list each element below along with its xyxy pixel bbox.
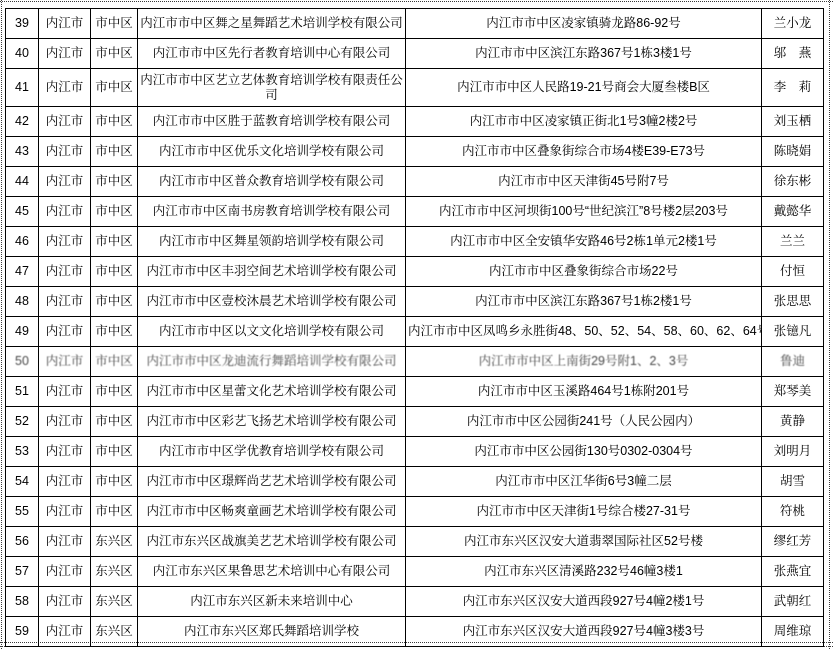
cell-district: 市中区 [91,197,138,227]
cell-city: 内江市 [39,287,91,317]
cell-text: 内江市市中区学优教育培训学校有限公司 [159,444,384,458]
cell-text: 市中区 [95,414,133,428]
cell-city: 内江市 [39,407,91,437]
cell-district: 东兴区 [91,527,138,557]
cell-contact-name: 张镱凡 [762,317,824,347]
cell-row-number: 47 [6,257,39,287]
table-row: 54内江市市中区内江市市中区璟辉尚艺艺术培训学校有限公司内江市市中区江华街6号3… [6,467,824,497]
table-row: 57内江市东兴区内江市东兴区果鲁思艺术培训中心有限公司内江市东兴区清溪路232号… [6,557,824,587]
cell-text: 市中区 [95,174,133,188]
cell-row-number: 57 [6,557,39,587]
cell-district: 市中区 [91,437,138,467]
cell-contact-name: 张燕宜 [762,557,824,587]
cell-text: 44 [15,174,29,188]
cell-address: 内江市市中区全安镇华安路46号2栋1单元2楼1号 [406,227,762,257]
cell-city: 内江市 [39,227,91,257]
cell-text: 54 [15,474,29,488]
cell-contact-name: 兰小龙 [762,9,824,39]
cell-text: 39 [15,16,29,30]
cell-text: 兰兰 [780,234,805,248]
cell-text: 市中区 [95,294,133,308]
table-row: 40内江市市中区内江市市中区先行者教育培训中心有限公司内江市市中区滨江东路367… [6,39,824,69]
cell-school-name: 内江市市中区胜于蓝教育培训学校有限公司 [138,107,406,137]
cell-text: 内江市市中区叠象街综合市场22号 [489,264,678,278]
cell-text: 51 [15,384,29,398]
cell-contact-name: 黄静 [762,407,824,437]
cell-district: 市中区 [91,9,138,39]
cell-text: 内江市市中区全安镇华安路46号2栋1单元2楼1号 [450,234,717,248]
cell-city: 内江市 [39,257,91,287]
cell-text: 内江市 [46,234,84,248]
cell-address: 内江市市中区凤鸣乡永胜街48、50、52、54、58、60、62、64号 [406,317,762,347]
cell-text: 内江市市中区滨江东路367号1栋3楼1号 [475,46,692,60]
cell-address: 内江市市中区滨江东路367号1栋2楼1号 [406,287,762,317]
cell-district: 市中区 [91,137,138,167]
cell-text: 内江市市中区滨江东路367号1栋2楼1号 [475,294,692,308]
cell-text: 市中区 [95,384,133,398]
table-row: 39内江市市中区内江市市中区舞之星舞蹈艺术培训学校有限公司内江市市中区凌家镇骑龙… [6,9,824,39]
cell-city: 内江市 [39,617,91,647]
cell-text: 内江市 [46,174,84,188]
cell-text: 内江市 [46,534,84,548]
cell-text: 内江市市中区人民路19-21号商会大厦叁楼B区 [457,80,710,94]
cell-text: 徐东彬 [774,174,812,188]
cell-contact-name: 兰兰 [762,227,824,257]
cell-address: 内江市市中区河坝街100号“世纪滨江”8号楼2层203号 [406,197,762,227]
cell-city: 内江市 [39,527,91,557]
cell-contact-name: 符桃 [762,497,824,527]
cell-district: 市中区 [91,467,138,497]
cell-text: 内江市 [46,624,84,638]
cell-text: 内江市东兴区清溪路232号46幢3楼1 [484,564,683,578]
cell-row-number: 40 [6,39,39,69]
cell-row-number: 59 [6,617,39,647]
cell-row-number: 51 [6,377,39,407]
cell-text: 内江市东兴区汉安大道西段927号4幢2楼1号 [463,594,705,608]
cell-contact-name: 刘明月 [762,437,824,467]
cell-text: 市中区 [95,80,133,94]
cell-contact-name: 郑琴美 [762,377,824,407]
cell-text: 内江市东兴区果鲁思艺术培训中心有限公司 [153,564,391,578]
cell-text: 内江市市中区璟辉尚艺艺术培训学校有限公司 [146,474,396,488]
table-row: 49内江市市中区内江市市中区以文文化培训学校有限公司内江市市中区凤鸣乡永胜街48… [6,317,824,347]
cell-text: 市中区 [95,234,133,248]
cell-text: 符桃 [780,504,805,518]
cell-row-number: 48 [6,287,39,317]
cell-city: 内江市 [39,377,91,407]
cell-address: 内江市市中区人民路19-21号商会大厦叁楼B区 [406,69,762,107]
cell-address: 内江市东兴区清溪路232号46幢3楼1 [406,557,762,587]
page-break-line-top [0,1,833,2]
cell-city: 内江市 [39,107,91,137]
cell-district: 市中区 [91,497,138,527]
cell-row-number: 53 [6,437,39,467]
cell-text: 内江市市中区艺立艺体教育培训学校有限责任公司 [140,73,403,101]
cell-text: 42 [15,114,29,128]
cell-row-number: 58 [6,587,39,617]
cell-district: 东兴区 [91,617,138,647]
cell-address: 内江市市中区公园街130号0302-0304号 [406,437,762,467]
table-row: 45内江市市中区内江市市中区南书房教育培训学校有限公司内江市市中区河坝街100号… [6,197,824,227]
cell-contact-name: 缪红芳 [762,527,824,557]
cell-contact-name: 张思思 [762,287,824,317]
cell-school-name: 内江市市中区璟辉尚艺艺术培训学校有限公司 [138,467,406,497]
cell-school-name: 内江市东兴区郑氏舞蹈培训学校 [138,617,406,647]
table-row: 41内江市市中区内江市市中区艺立艺体教育培训学校有限责任公司内江市市中区人民路1… [6,69,824,107]
cell-text: 缪红芳 [774,534,812,548]
cell-text: 东兴区 [95,534,133,548]
cell-text: 内江市市中区胜于蓝教育培训学校有限公司 [153,114,391,128]
cell-text: 邬 燕 [774,46,812,60]
cell-text: 陈晓娟 [774,144,812,158]
table-row: 48内江市市中区内江市市中区壹校沐晨艺术培训学校有限公司内江市市中区滨江东路36… [6,287,824,317]
cell-text: 李 莉 [774,80,812,94]
cell-text: 内江市东兴区郑氏舞蹈培训学校 [184,624,359,638]
cell-text: 内江市 [46,264,84,278]
table-row: 53内江市市中区内江市市中区学优教育培训学校有限公司内江市市中区公园街130号0… [6,437,824,467]
cell-city: 内江市 [39,437,91,467]
cell-text: 内江市市中区凌家镇正街北1号3幢2楼2号 [470,114,698,128]
cell-district: 市中区 [91,377,138,407]
cell-district: 市中区 [91,257,138,287]
cell-contact-name: 邬 燕 [762,39,824,69]
cell-contact-name: 付恒 [762,257,824,287]
cell-contact-name: 武朝红 [762,587,824,617]
cell-text: 内江市市中区天津街45号附7号 [498,174,669,188]
cell-text: 内江市市中区龙迪流行舞蹈培训学校有限公司 [146,354,396,368]
cell-text: 47 [15,264,29,278]
cell-text: 内江市市中区普众教育培训学校有限公司 [159,174,384,188]
cell-address: 内江市市中区天津街45号附7号 [406,167,762,197]
cell-text: 张镱凡 [774,324,812,338]
cell-text: 57 [15,564,29,578]
cell-row-number: 43 [6,137,39,167]
cell-text: 市中区 [95,474,133,488]
cell-text: 43 [15,144,29,158]
cell-address: 内江市市中区江华街6号3幢二层 [406,467,762,497]
cell-address: 内江市市中区上南街29号附1、2、3号 [406,347,762,377]
cell-text: 市中区 [95,504,133,518]
table-row: 52内江市市中区内江市市中区彩艺飞扬艺术培训学校有限公司内江市市中区公园街241… [6,407,824,437]
cell-school-name: 内江市市中区艺立艺体教育培训学校有限责任公司 [138,69,406,107]
cell-text: 58 [15,594,29,608]
cell-contact-name: 李 莉 [762,69,824,107]
cell-text: 40 [15,46,29,60]
cell-address: 内江市市中区凌家镇正街北1号3幢2楼2号 [406,107,762,137]
cell-city: 内江市 [39,347,91,377]
cell-text: 内江市 [46,324,84,338]
cell-text: 内江市市中区舞之星舞蹈艺术培训学校有限公司 [140,16,403,30]
cell-text: 41 [15,80,29,94]
cell-text: 郑琴美 [774,384,812,398]
cell-school-name: 内江市市中区壹校沐晨艺术培训学校有限公司 [138,287,406,317]
cell-text: 内江市市中区江华街6号3幢二层 [495,474,671,488]
cell-text: 内江市 [46,504,84,518]
table-row: 47内江市市中区内江市市中区丰羽空间艺术培训学校有限公司内江市市中区叠象街综合市… [6,257,824,287]
table-row: 51内江市市中区内江市市中区星蕾文化艺术培训学校有限公司内江市市中区玉溪路464… [6,377,824,407]
cell-district: 东兴区 [91,587,138,617]
cell-contact-name: 鲁迪 [762,347,824,377]
cell-contact-name: 陈晓娟 [762,137,824,167]
table-row: 46内江市市中区内江市市中区舞星领韵培训学校有限公司内江市市中区全安镇华安路46… [6,227,824,257]
cell-text: 鲁迪 [780,354,805,368]
cell-text: 市中区 [95,444,133,458]
cell-text: 内江市 [46,384,84,398]
cell-district: 市中区 [91,167,138,197]
cell-city: 内江市 [39,497,91,527]
cell-row-number: 52 [6,407,39,437]
cell-row-number: 46 [6,227,39,257]
cell-address: 内江市市中区滨江东路367号1栋3楼1号 [406,39,762,69]
cell-text: 内江市 [46,144,84,158]
cell-text: 东兴区 [95,564,133,578]
cell-text: 兰小龙 [774,16,812,30]
cell-text: 内江市市中区凤鸣乡永胜街48、50、52、54、58、60、62、64号 [408,324,762,338]
cell-address: 内江市市中区公园街241号（人民公园内） [406,407,762,437]
cell-text: 付恒 [780,264,805,278]
cell-text: 内江市市中区上南街29号附1、2、3号 [479,354,689,368]
cell-text: 50 [15,354,29,368]
cell-contact-name: 刘玉栖 [762,107,824,137]
cell-contact-name: 戴懿华 [762,197,824,227]
cell-text: 刘玉栖 [774,114,812,128]
cell-text: 内江市 [46,354,84,368]
cell-contact-name: 周维琼 [762,617,824,647]
cell-text: 内江市东兴区汉安大道西段927号4幢3楼3号 [463,624,705,638]
cell-text: 内江市市中区先行者教育培训中心有限公司 [153,46,391,60]
cell-text: 张燕宜 [774,564,812,578]
cell-contact-name: 胡雪 [762,467,824,497]
cell-row-number: 45 [6,197,39,227]
cell-text: 武朝红 [774,594,812,608]
cell-text: 内江市 [46,474,84,488]
cell-text: 胡雪 [780,474,805,488]
cell-text: 内江市 [46,114,84,128]
cell-row-number: 50 [6,347,39,377]
table-row: 42内江市市中区内江市市中区胜于蓝教育培训学校有限公司内江市市中区凌家镇正街北1… [6,107,824,137]
table-row: 44内江市市中区内江市市中区普众教育培训学校有限公司内江市市中区天津街45号附7… [6,167,824,197]
cell-address: 内江市市中区叠象街综合市场22号 [406,257,762,287]
cell-text: 市中区 [95,144,133,158]
cell-district: 市中区 [91,317,138,347]
cell-city: 内江市 [39,197,91,227]
cell-text: 内江市市中区以文文化培训学校有限公司 [159,324,384,338]
cell-text: 内江市 [46,80,84,94]
cell-text: 内江市 [46,594,84,608]
cell-text: 张思思 [774,294,812,308]
cell-address: 内江市市中区叠象街综合市场4楼E39-E73号 [406,137,762,167]
cell-district: 市中区 [91,407,138,437]
cell-row-number: 55 [6,497,39,527]
cell-address: 内江市东兴区汉安大道西段927号4幢2楼1号 [406,587,762,617]
cell-district: 市中区 [91,107,138,137]
cell-text: 市中区 [95,354,133,368]
cell-contact-name: 徐东彬 [762,167,824,197]
cell-district: 市中区 [91,39,138,69]
cell-text: 内江市市中区公园街130号0302-0304号 [474,444,692,458]
cell-text: 市中区 [95,46,133,60]
cell-row-number: 41 [6,69,39,107]
cell-school-name: 内江市市中区以文文化培训学校有限公司 [138,317,406,347]
cell-text: 市中区 [95,204,133,218]
cell-text: 48 [15,294,29,308]
cell-row-number: 42 [6,107,39,137]
cell-text: 黄静 [780,414,805,428]
cell-city: 内江市 [39,317,91,347]
cell-row-number: 39 [6,9,39,39]
cell-text: 56 [15,534,29,548]
cell-city: 内江市 [39,137,91,167]
cell-text: 59 [15,624,29,638]
cell-city: 内江市 [39,167,91,197]
cell-text: 东兴区 [95,624,133,638]
table-body: 39内江市市中区内江市市中区舞之星舞蹈艺术培训学校有限公司内江市市中区凌家镇骑龙… [6,9,824,647]
cell-text: 内江市东兴区新未来培训中心 [190,594,353,608]
cell-text: 内江市市中区叠象街综合市场4楼E39-E73号 [462,144,705,158]
cell-row-number: 49 [6,317,39,347]
cell-text: 周维琼 [774,624,812,638]
table-row: 58内江市东兴区内江市东兴区新未来培训中心内江市东兴区汉安大道西段927号4幢2… [6,587,824,617]
cell-address: 内江市市中区凌家镇骑龙路86-92号 [406,9,762,39]
cell-city: 内江市 [39,69,91,107]
cell-text: 内江市 [46,564,84,578]
cell-city: 内江市 [39,39,91,69]
cell-text: 刘明月 [774,444,812,458]
cell-text: 市中区 [95,114,133,128]
cell-city: 内江市 [39,467,91,497]
cell-text: 内江市市中区丰羽空间艺术培训学校有限公司 [146,264,396,278]
cell-text: 内江市 [46,204,84,218]
table-row: 43内江市市中区内江市市中区优乐文化培训学校有限公司内江市市中区叠象街综合市场4… [6,137,824,167]
cell-text: 内江市市中区河坝街100号“世纪滨江”8号楼2层203号 [439,204,728,218]
cell-school-name: 内江市市中区星蕾文化艺术培训学校有限公司 [138,377,406,407]
table-row: 55内江市市中区内江市市中区畅爽童画艺术培训学校有限公司内江市市中区天津街1号综… [6,497,824,527]
cell-text: 内江市市中区畅爽童画艺术培训学校有限公司 [146,504,396,518]
cell-text: 市中区 [95,324,133,338]
cell-text: 内江市市中区玉溪路464号1栋附201号 [478,384,689,398]
cell-text: 内江市 [46,414,84,428]
cell-text: 东兴区 [95,594,133,608]
cell-district: 市中区 [91,227,138,257]
cell-text: 内江市市中区彩艺飞扬艺术培训学校有限公司 [146,414,396,428]
cell-text: 52 [15,414,29,428]
cell-school-name: 内江市市中区普众教育培训学校有限公司 [138,167,406,197]
cell-text: 内江市 [46,444,84,458]
cell-text: 内江市市中区凌家镇骑龙路86-92号 [486,16,680,30]
cell-school-name: 内江市市中区舞之星舞蹈艺术培训学校有限公司 [138,9,406,39]
cell-text: 内江市 [46,46,84,60]
cell-text: 内江市市中区优乐文化培训学校有限公司 [159,144,384,158]
cell-city: 内江市 [39,9,91,39]
page-break-line-right [829,0,830,649]
cell-address: 内江市市中区玉溪路464号1栋附201号 [406,377,762,407]
cell-district: 市中区 [91,287,138,317]
cell-school-name: 内江市市中区南书房教育培训学校有限公司 [138,197,406,227]
cell-text: 53 [15,444,29,458]
cell-school-name: 内江市东兴区战旗美艺艺术培训学校有限公司 [138,527,406,557]
cell-address: 内江市东兴区汉安大道西段927号4幢3楼3号 [406,617,762,647]
cell-text: 内江市东兴区汉安大道翡翠国际社区52号楼 [464,534,703,548]
cell-text: 市中区 [95,264,133,278]
page-break-line-left [1,0,2,649]
cell-district: 市中区 [91,347,138,377]
table-row: 50内江市市中区内江市市中区龙迪流行舞蹈培训学校有限公司内江市市中区上南街29号… [6,347,824,377]
training-schools-table: 39内江市市中区内江市市中区舞之星舞蹈艺术培训学校有限公司内江市市中区凌家镇骑龙… [5,8,824,647]
cell-school-name: 内江市东兴区新未来培训中心 [138,587,406,617]
cell-text: 46 [15,234,29,248]
cell-school-name: 内江市市中区丰羽空间艺术培训学校有限公司 [138,257,406,287]
cell-text: 戴懿华 [774,204,812,218]
cell-text: 内江市市中区南书房教育培训学校有限公司 [153,204,391,218]
cell-address: 内江市市中区天津街1号综合楼27-31号 [406,497,762,527]
cell-text: 市中区 [95,16,133,30]
cell-school-name: 内江市市中区先行者教育培训中心有限公司 [138,39,406,69]
cell-text: 内江市市中区星蕾文化艺术培训学校有限公司 [146,384,396,398]
cell-text: 内江市市中区公园街241号（人民公园内） [467,414,700,428]
cell-text: 45 [15,204,29,218]
cell-row-number: 54 [6,467,39,497]
cell-school-name: 内江市市中区优乐文化培训学校有限公司 [138,137,406,167]
cell-school-name: 内江市市中区舞星领韵培训学校有限公司 [138,227,406,257]
cell-text: 内江市 [46,16,84,30]
cell-text: 内江市市中区壹校沐晨艺术培训学校有限公司 [146,294,396,308]
cell-text: 55 [15,504,29,518]
cell-city: 内江市 [39,587,91,617]
cell-school-name: 内江市市中区龙迪流行舞蹈培训学校有限公司 [138,347,406,377]
cell-row-number: 44 [6,167,39,197]
document-page: 39内江市市中区内江市市中区舞之星舞蹈艺术培训学校有限公司内江市市中区凌家镇骑龙… [0,0,833,649]
cell-address: 内江市东兴区汉安大道翡翠国际社区52号楼 [406,527,762,557]
cell-school-name: 内江市市中区彩艺飞扬艺术培训学校有限公司 [138,407,406,437]
cell-row-number: 56 [6,527,39,557]
cell-text: 49 [15,324,29,338]
cell-district: 东兴区 [91,557,138,587]
cell-district: 市中区 [91,69,138,107]
cell-school-name: 内江市东兴区果鲁思艺术培训中心有限公司 [138,557,406,587]
cell-text: 内江市 [46,294,84,308]
cell-city: 内江市 [39,557,91,587]
cell-school-name: 内江市市中区学优教育培训学校有限公司 [138,437,406,467]
cell-text: 内江市市中区舞星领韵培训学校有限公司 [159,234,384,248]
table-row: 56内江市东兴区内江市东兴区战旗美艺艺术培训学校有限公司内江市东兴区汉安大道翡翠… [6,527,824,557]
table-row: 59内江市东兴区内江市东兴区郑氏舞蹈培训学校内江市东兴区汉安大道西段927号4幢… [6,617,824,647]
cell-school-name: 内江市市中区畅爽童画艺术培训学校有限公司 [138,497,406,527]
cell-text: 内江市市中区天津街1号综合楼27-31号 [477,504,691,518]
cell-text: 内江市东兴区战旗美艺艺术培训学校有限公司 [146,534,396,548]
